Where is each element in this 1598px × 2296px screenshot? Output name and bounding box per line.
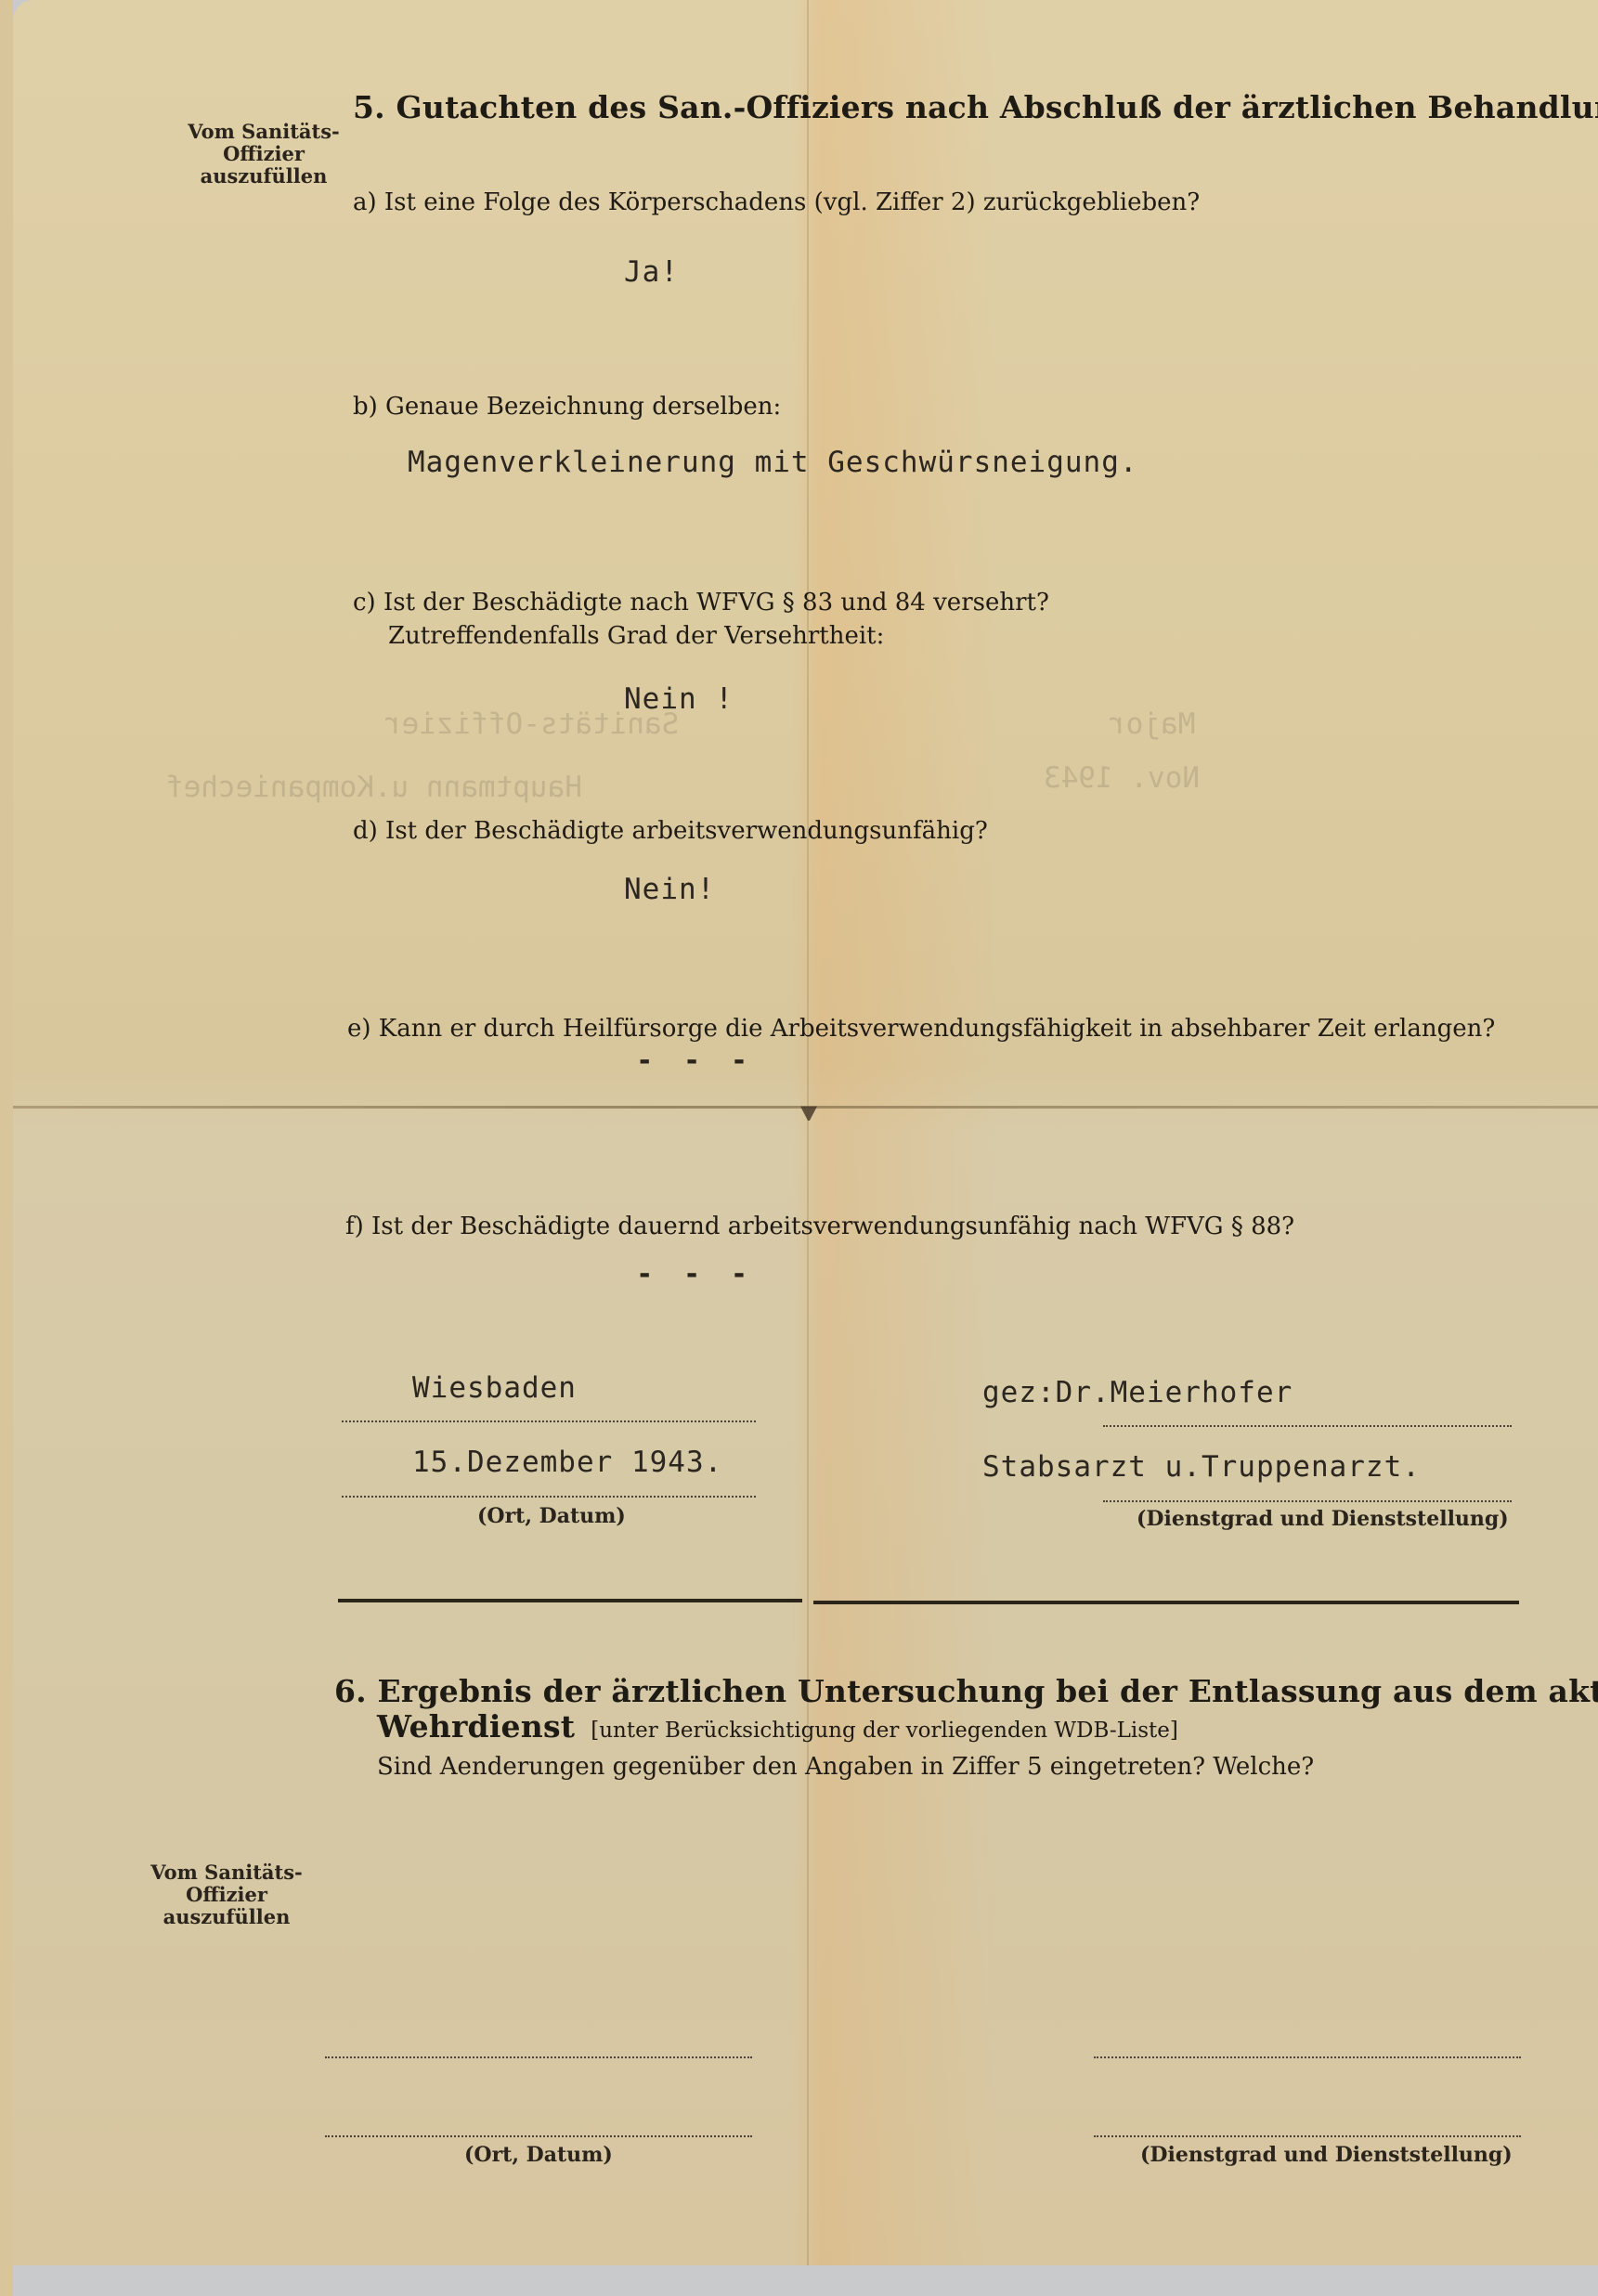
bleed-through-text: Hauptmann u.Kompaniechef: [166, 771, 582, 804]
section6-question: Sind Aenderungen gegenüber den Angaben i…: [377, 1753, 1314, 1781]
answer-d: Nein!: [624, 873, 715, 906]
signature-name: gez:Dr.Meierhofer: [982, 1376, 1293, 1409]
signature-place: Wiesbaden: [412, 1371, 577, 1405]
answer-b: Magenverkleinerung mit Geschwürsneigung.: [408, 446, 1138, 479]
section6-signature-line[interactable]: [1094, 2056, 1521, 2058]
side-note-line: auszufüllen: [171, 165, 357, 188]
section5-heading: 5. Gutachten des San.-Offiziers nach Abs…: [353, 89, 1598, 125]
answer-e: - - -: [639, 1044, 758, 1077]
bleed-through-text: Major: [1109, 707, 1195, 741]
question-a: a) Ist eine Folge des Körperschadens (vg…: [353, 188, 1200, 216]
side-note-line: auszufüllen: [134, 1906, 319, 1928]
question-f: f) Ist der Beschädigte dauernd arbeitsve…: [345, 1213, 1294, 1240]
section-divider-right: [813, 1601, 1519, 1604]
question-e: e) Kann er durch Heilfürsorge die Arbeit…: [347, 1015, 1495, 1043]
bleed-through-text: Nov. 1943: [1044, 761, 1200, 795]
answer-a: Ja!: [624, 255, 679, 289]
side-note-section6: Vom Sanitäts- Offizier auszufüllen: [134, 1861, 319, 1928]
section6-place-line[interactable]: [325, 2056, 752, 2058]
side-note-line: Offizier: [171, 143, 357, 165]
side-note-line: Offizier: [134, 1884, 319, 1906]
section6-rank-caption: (Dienstgrad und Dienststellung): [1140, 2143, 1513, 2167]
section6-heading: 6. Ergebnis der ärztlichen Untersuchung …: [334, 1673, 1598, 1709]
section6-heading-bold: Wehrdienst: [377, 1708, 575, 1745]
question-c-line2: Zutreffendenfalls Grad der Versehrtheit:: [388, 622, 884, 650]
side-note-line: Vom Sanitäts-: [134, 1861, 319, 1884]
section6-heading-note: [unter Berücksichtigung der vorliegenden…: [591, 1719, 1178, 1743]
vertical-fold: [807, 0, 809, 2265]
place-line: [342, 1420, 756, 1422]
question-c: c) Ist der Beschädigte nach WFVG § 83 un…: [353, 589, 1049, 616]
section6-rank-line[interactable]: [1094, 2135, 1521, 2137]
side-note-section5: Vom Sanitäts- Offizier auszufüllen: [171, 121, 357, 188]
question-d: d) Ist der Beschädigte arbeitsverwendung…: [353, 817, 988, 845]
date-line: [342, 1496, 756, 1498]
signature-date: 15.Dezember 1943.: [412, 1446, 722, 1479]
rank-line: [1103, 1500, 1512, 1502]
question-b: b) Genaue Bezeichnung derselben:: [353, 393, 781, 421]
section6-heading-line2: Wehrdienst [unter Berücksichtigung der v…: [377, 1708, 1178, 1745]
rank-caption: (Dienstgrad und Dienststellung): [1137, 1507, 1509, 1531]
answer-c: Nein !: [624, 682, 734, 716]
section6-place-date-caption: (Ort, Datum): [464, 2143, 613, 2167]
signature-line: [1103, 1425, 1512, 1427]
fold-tear: [800, 1100, 817, 1121]
answer-f: - - -: [639, 1258, 758, 1291]
section6-date-line[interactable]: [325, 2135, 752, 2137]
signature-rank: Stabsarzt u.Truppenarzt.: [982, 1450, 1421, 1484]
document-page: Sanitäts-Offizier Hauptmann u.Kompaniech…: [13, 0, 1598, 2265]
paper-edge: [0, 0, 13, 2296]
side-note-line: Vom Sanitäts-: [171, 121, 357, 143]
place-date-caption: (Ort, Datum): [477, 1504, 626, 1528]
section-divider-left: [338, 1599, 802, 1602]
